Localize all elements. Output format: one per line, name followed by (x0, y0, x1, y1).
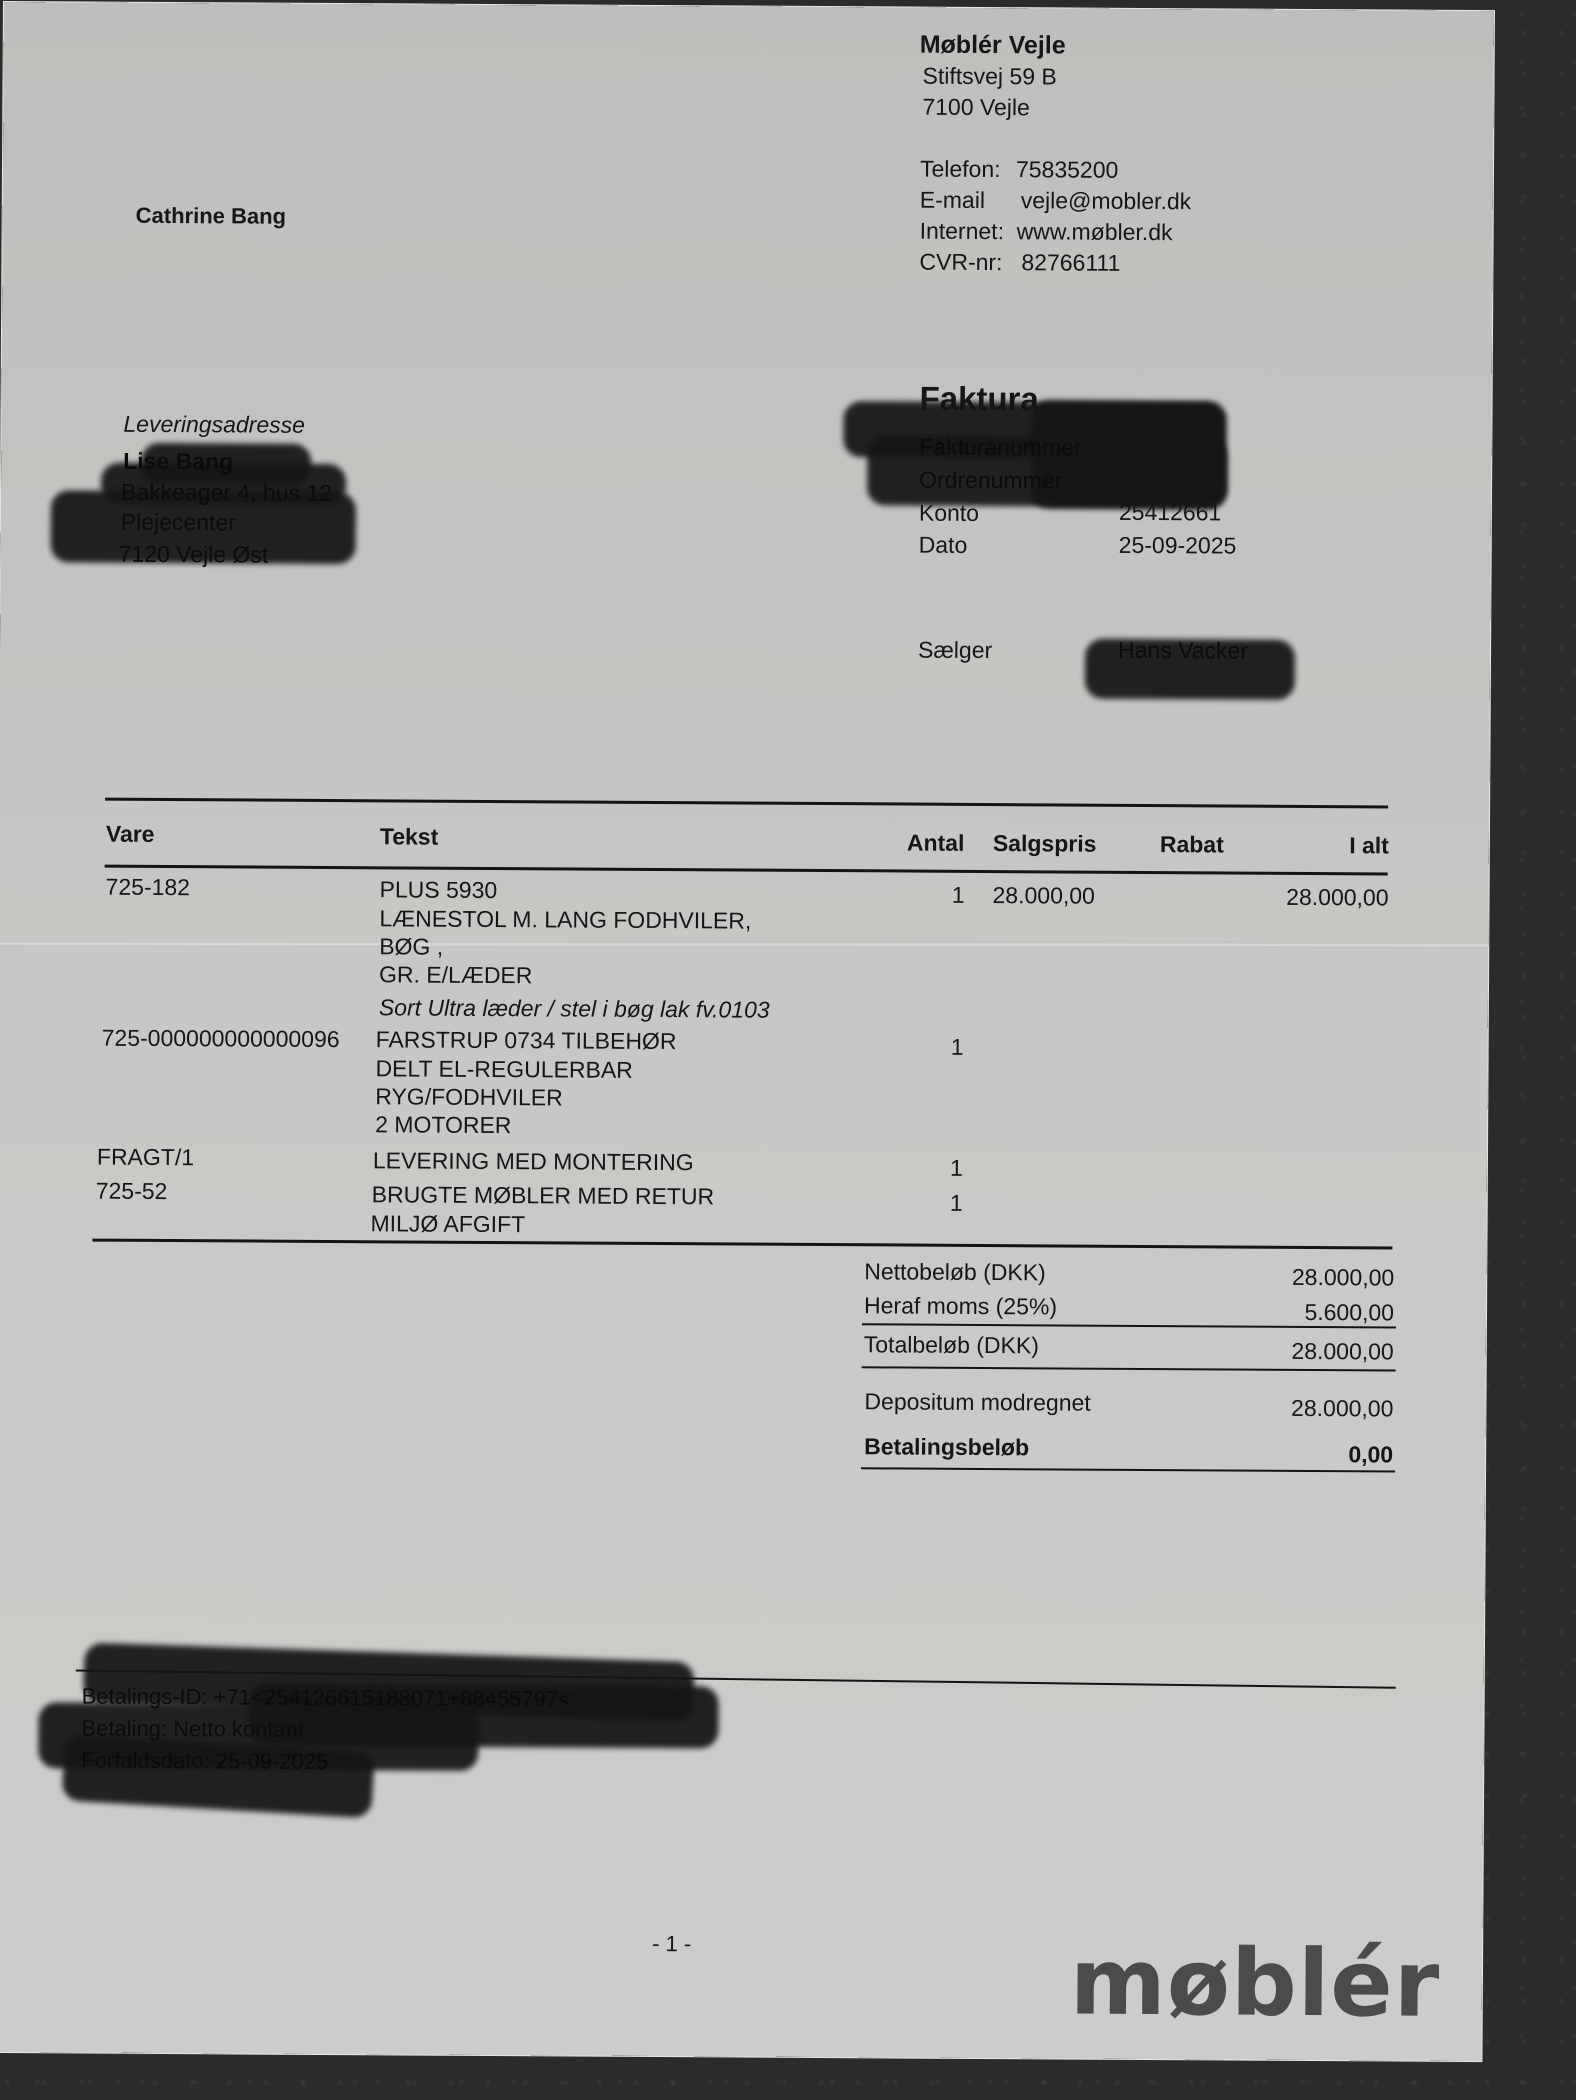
row-salgspris: 28.000,00 (992, 884, 1094, 908)
col-header-ialt: I alt (1279, 834, 1389, 858)
col-header-tekst: Tekst (380, 825, 439, 848)
row-note: Sort Ultra læder / stel i bøg lak fv.010… (379, 996, 770, 1021)
col-header-antal: Antal (907, 832, 965, 855)
table-row: 725-000000000000096 FARSTRUP 0734 TILBEH… (4, 2, 1494, 11)
company-phone: 75835200 (1016, 158, 1118, 182)
row-vare: 725-000000000000096 (102, 1027, 340, 1051)
row-tekst-line: BRUGTE MØBLER MED RETUR (372, 1183, 715, 1208)
company-phone-label: Telefon: (920, 158, 1001, 181)
table-row: 725-182 PLUS 5930 LÆNESTOL M. LANG FODHV… (4, 2, 1494, 11)
row-vare: FRAGT/1 (97, 1146, 194, 1170)
due-date: Forfaldsdato: 25-09-2025 (81, 1750, 328, 1774)
payment-amount-label: Betalingsbeløb (864, 1435, 1029, 1459)
customer-name: Cathrine Bang (136, 205, 286, 228)
date-value: 25-09-2025 (1119, 534, 1237, 558)
row-tekst-line: MILJØ AFGIFT (370, 1212, 525, 1236)
deposit-value: 28.000,00 (1185, 1396, 1393, 1420)
table-row: FRAGT/1 LEVERING MED MONTERING 1 (4, 2, 1494, 11)
col-header-rabat: Rabat (1160, 833, 1224, 856)
totals-bottom-rule (861, 1467, 1395, 1472)
payment-terms: Betaling: Netto kontant (81, 1718, 304, 1741)
total-value: 28.000,00 (1186, 1339, 1394, 1363)
company-cvr-label: CVR-nr: (919, 251, 1002, 275)
total-label: Totalbeløb (DKK) (864, 1333, 1039, 1357)
delivery-line: Lise Bang (123, 450, 233, 474)
row-antal: 1 (927, 1192, 963, 1215)
table-row: 725-52 BRUGTE MØBLER MED RETUR MILJØ AFG… (4, 2, 1494, 11)
row-tekst-line: GR. E/LÆDER (379, 963, 533, 987)
payment-amount-value: 0,00 (1185, 1442, 1393, 1466)
company-web-label: Internet: (920, 220, 1005, 244)
delivery-line: Bakkeager 4, hus 12 (121, 481, 332, 505)
netto-value: 28.000,00 (1186, 1265, 1394, 1289)
moms-value: 5.600,00 (1186, 1300, 1394, 1324)
table-bottom-rule (92, 1239, 1392, 1250)
company-cvr: 82766111 (1021, 251, 1120, 275)
row-ialt: 28.000,00 (1228, 885, 1388, 909)
netto-label: Nettobeløb (DKK) (864, 1260, 1046, 1284)
seller-name: Hans Vacker (1118, 639, 1248, 663)
mobler-logo: møblér (1070, 1929, 1441, 2038)
row-tekst-line: LÆNESTOL M. LANG FODHVILER, (379, 907, 751, 932)
row-tekst-line: FARSTRUP 0734 TILBEHØR (376, 1028, 677, 1053)
account-value: 25412661 (1119, 501, 1221, 525)
row-tekst-line: BØG , (379, 935, 443, 958)
fold-crease (0, 941, 1488, 948)
row-vare: 725-182 (106, 876, 191, 900)
order-number-label: Ordrenummer (919, 469, 1062, 493)
company-street: Stiftsvej 59 B (922, 65, 1056, 89)
delivery-line: Plejecenter (121, 511, 236, 535)
page-number: - 1 - (652, 1933, 691, 1955)
company-web: www.møbler.dk (1017, 220, 1173, 244)
table-header-rule (105, 865, 1388, 876)
row-antal: 1 (928, 1036, 964, 1059)
row-vare: 725-52 (96, 1180, 168, 1203)
col-header-salgspris: Salgspris (993, 832, 1097, 856)
table-top-rule (105, 798, 1388, 809)
deposit-label: Depositum modregnet (864, 1390, 1090, 1414)
row-antal: 1 (927, 1157, 963, 1180)
row-antal: 1 (928, 884, 964, 907)
seller-label: Sælger (918, 639, 992, 662)
company-city: 7100 Vejle (922, 96, 1030, 120)
moms-label: Heraf moms (25%) (864, 1294, 1057, 1318)
row-tekst-line: PLUS 5930 (380, 878, 498, 902)
row-tekst-line: LEVERING MED MONTERING (373, 1149, 694, 1174)
delivery-line: 7120 Vejle Øst (119, 543, 269, 567)
invoice-number-label: Fakturanummer (919, 436, 1081, 460)
row-tekst-line: DELT EL-REGULERBAR (375, 1057, 632, 1082)
company-name: Møblér Vejle (920, 33, 1066, 59)
col-header-vare: Vare (106, 823, 155, 846)
invoice-paper: Møblér Vejle Stiftsvej 59 B 7100 Vejle T… (0, 2, 1494, 2061)
company-email-label: E-mail (920, 189, 985, 212)
row-tekst-line: 2 MOTORER (375, 1113, 511, 1137)
payment-id: Betalings-ID: +71<254126615188071+884557… (82, 1686, 571, 1711)
delivery-label: Leveringsadresse (123, 413, 305, 437)
row-tekst-line: RYG/FODHVILER (375, 1085, 563, 1109)
totals-rule (862, 1366, 1396, 1371)
company-email: vejle@mobler.dk (1021, 189, 1192, 213)
account-label: Konto (919, 502, 979, 525)
date-label: Dato (919, 534, 968, 557)
